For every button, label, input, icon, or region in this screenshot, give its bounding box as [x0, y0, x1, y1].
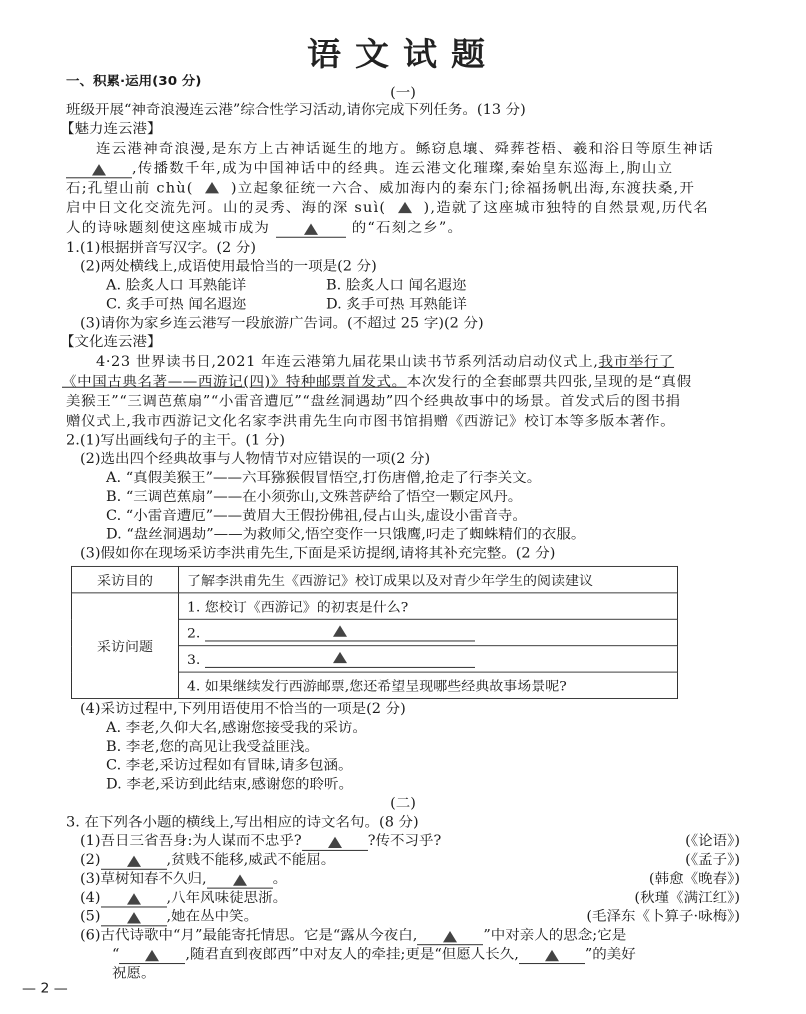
question-2-3: (3)假如你在现场采访李洪甫先生,下面是采访提纲,请将其补充完整。(2 分) — [80, 544, 555, 563]
passage-line: 人的诗咏题刻使这座城市成为 的“石刻之乡”。 — [66, 219, 463, 238]
answer-blank[interactable] — [205, 624, 475, 641]
questions-label: 采访问题 — [72, 593, 179, 699]
question-1-1: 1.(1)根据拼音写汉字。(2 分) — [66, 239, 256, 258]
block-heading-charm: 【魅力连云港】 — [60, 120, 162, 139]
poem-item-6: (6)古代诗歌中“月”最能寄托情思。它是“露从今夜白,”中对亲人的思念;它是 — [80, 926, 626, 945]
triangle-marker-icon — [333, 625, 347, 636]
poem-item-1: (1)吾日三省吾身:为人谋而不忠乎??传不习乎? (《论语》) — [80, 832, 740, 851]
option-c: C. “小雷音遭厄”——黄眉大王假扮佛祖,侵占山头,虚设小雷音寺。 — [106, 507, 527, 526]
underlined-sentence: 《中国古典名著——西游记(四)》特种邮票首发式。 — [62, 374, 407, 389]
option-d: D. 炙手可热 耳熟能详 — [326, 295, 467, 314]
question-2-1: 2.(1)写出画线句子的主干。(1 分) — [66, 431, 285, 450]
passage-line: ,传播数千年,成为中国神话中的经典。连云港文化璀璨,秦始皇东巡海上,朐山立 — [66, 159, 673, 178]
option-b: B. 脍炙人口 闻名遐迩 — [326, 276, 466, 295]
poem-item-6-cont: “,随君直到夜郎西”中对友人的牵挂;更是“但愿人长久,”的美好 — [112, 945, 636, 964]
triangle-marker-icon — [127, 893, 141, 904]
question-3-stem: 3. 在下列各小题的横线上,写出相应的诗文名句。(8 分) — [66, 813, 419, 832]
answer-blank[interactable] — [205, 650, 475, 667]
poem-source: (《论语》) — [685, 832, 740, 851]
triangle-marker-icon — [328, 837, 342, 848]
answer-blank[interactable] — [417, 928, 483, 945]
passage-line: 美猴王”“三调芭蕉扇”“小雷音遭厄”“盘丝洞遇劫”四个经典故事中的场景。首发式后… — [66, 392, 681, 411]
interview-question-4: 4. 如果继续发行西游邮票,您还希望呈现哪些经典故事场景呢? — [179, 672, 678, 698]
option-b: B. 李老,您的高见让我受益匪浅。 — [106, 738, 319, 757]
option-c: C. 李老,采访过程如有冒昧,请多包涵。 — [106, 757, 353, 776]
triangle-marker-icon — [333, 651, 347, 662]
option-c: C. 炙手可热 闻名遐迩 — [106, 295, 246, 314]
exam-page: 语文试题 一、积累·运用(30 分) (一) 班级开展“神奇浪漫连云港”综合性学… — [0, 0, 806, 957]
passage-line: 《中国古典名著——西游记(四)》特种邮票首发式。本次发行的全套邮票共四张,呈现的… — [62, 373, 692, 392]
question-2-4: (4)采访过程中,下列用语使用不恰当的一项是(2 分) — [80, 700, 406, 719]
triangle-marker-icon — [398, 202, 412, 213]
option-d: D. 李老,采访到此结束,感谢您的聆听。 — [106, 775, 353, 794]
intro-text: 班级开展“神奇浪漫连云港”综合性学习活动,请你完成下列任务。(13 分) — [66, 101, 526, 120]
passage-line: 石;孔望山前 chù( )立起象征统一六合、威加海内的秦东门;徐福扬帆出海,东渡… — [66, 179, 695, 198]
answer-blank[interactable] — [119, 947, 185, 964]
purpose-label: 采访目的 — [72, 566, 179, 592]
passage-line: 4·23 世界读书日,2021 年连云港第九届花果山读书节系列活动启动仪式上,我… — [96, 353, 674, 372]
interview-question-2[interactable]: 2. — [179, 619, 678, 645]
answer-blank[interactable] — [101, 853, 167, 870]
answer-blank[interactable] — [66, 161, 132, 178]
option-a: A. “真假美猴王”——六耳猕猴假冒悟空,打伤唐僧,抢走了行李关文。 — [106, 469, 541, 488]
option-a: A. 李老,久仰大名,感谢您接受我的采访。 — [106, 719, 367, 738]
poem-item-4: (4),八年风味徒思浙。 (秋瑾《满江红》) — [80, 889, 740, 908]
page-number: — 2 — — [22, 981, 68, 996]
question-1-2: (2)两处横线上,成语使用最恰当的一项是(2 分) — [80, 258, 377, 277]
poem-item-5: (5),她在丛中笑。 (毛泽东《卜算子·咏梅》) — [80, 907, 740, 926]
page-title: 语文试题 — [0, 28, 806, 74]
interview-question-1: 1. 您校订《西游记》的初衷是什么? — [179, 593, 678, 619]
poem-item-2: (2),贫贱不能移,威武不能屈。 (《孟子》) — [80, 851, 740, 870]
answer-blank[interactable] — [101, 909, 167, 926]
option-a: A. 脍炙人口 耳熟能详 — [106, 276, 246, 295]
answer-blank[interactable] — [101, 890, 167, 907]
poem-source: (《孟子》) — [685, 851, 740, 870]
part-label-2: (二) — [0, 794, 806, 813]
triangle-marker-icon — [443, 931, 457, 942]
poem-item-3: (3)草树知春不久归,。 (韩愈《晚春》) — [80, 870, 740, 889]
poem-source: (秋瑾《满江红》) — [634, 889, 740, 908]
poem-item-6-end: 祝愿。 — [112, 964, 156, 983]
passage-line: 连云港神奇浪漫,是东方上古神话诞生的地方。鲧窃息壤、舜葬苍梧、羲和浴日等原生神话 — [96, 140, 714, 159]
block-heading-culture: 【文化连云港】 — [60, 333, 162, 352]
underlined-sentence: 我市举行了 — [599, 355, 675, 370]
triangle-marker-icon — [127, 912, 141, 923]
triangle-marker-icon — [145, 950, 159, 961]
purpose-value: 了解李洪甫先生《西游记》校订成果以及对青少年学生的阅读建议 — [179, 566, 678, 592]
answer-blank[interactable] — [519, 947, 585, 964]
passage-line: 启中日文化交流先河。山的灵秀、海的深 suì( ),造就了这座城市独特的自然景观… — [66, 199, 709, 218]
option-d: D. “盘丝洞遇劫”——为救师父,悟空变作一只饿鹰,叼走了蜘蛛精们的衣服。 — [106, 525, 585, 544]
answer-blank[interactable] — [302, 834, 368, 851]
triangle-marker-icon — [205, 182, 219, 193]
triangle-marker-icon — [233, 874, 247, 885]
question-1-3: (3)请你为家乡连云港写一段旅游广告词。(不超过 25 字)(2 分) — [80, 314, 484, 333]
triangle-marker-icon — [92, 164, 106, 175]
triangle-marker-icon — [304, 224, 318, 235]
option-b: B. “三调芭蕉扇”——在小须弥山,文殊菩萨给了悟空一颗定风丹。 — [106, 488, 522, 507]
question-2-2: (2)选出四个经典故事与人物情节对应错误的一项(2 分) — [80, 450, 430, 469]
triangle-marker-icon — [545, 950, 559, 961]
poem-source: (韩愈《晚春》) — [649, 870, 740, 889]
interview-outline-table: 采访目的 了解李洪甫先生《西游记》校订成果以及对青少年学生的阅读建议 采访问题 … — [71, 566, 678, 699]
poem-source: (毛泽东《卜算子·咏梅》) — [586, 907, 740, 926]
triangle-marker-icon — [127, 856, 141, 867]
answer-blank[interactable] — [276, 221, 346, 238]
passage-line: 赠仪式上,我市西游记文化名家李洪甫先生向市图书馆捐赠《西游记》校订本等多版本著作… — [66, 412, 675, 431]
interview-question-3[interactable]: 3. — [179, 646, 678, 672]
answer-blank[interactable] — [207, 872, 273, 889]
